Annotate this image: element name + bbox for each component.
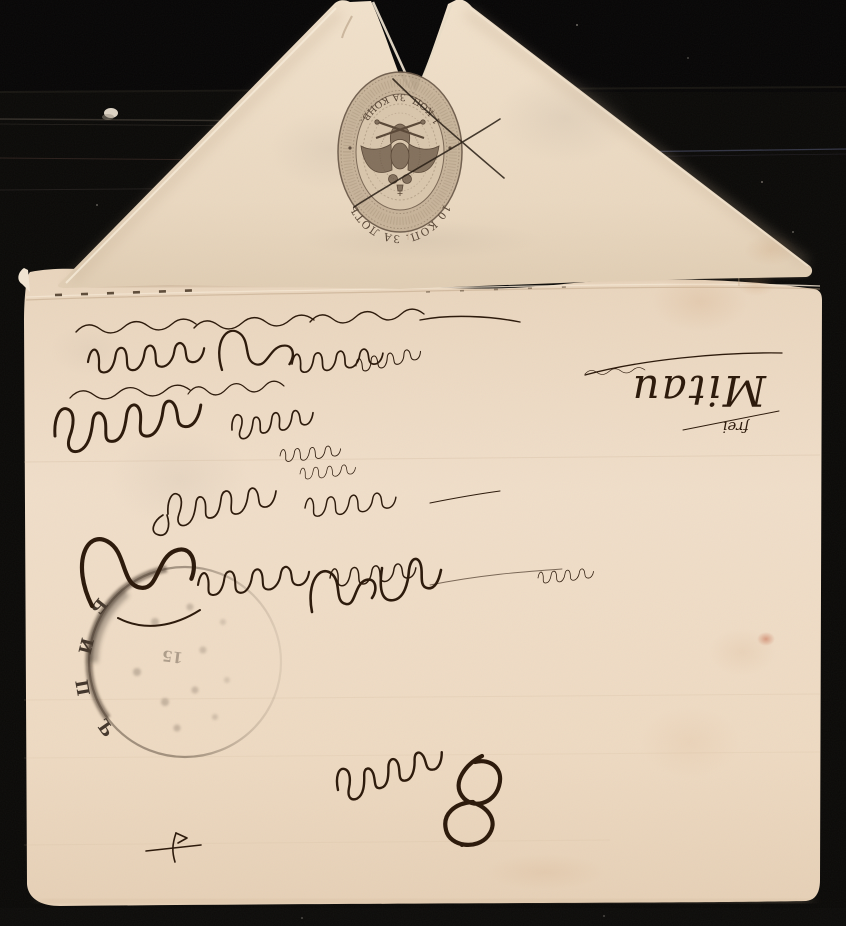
photo-grain <box>0 0 846 926</box>
photo-of-envelope: 10 КОП. ЗА ЛОТЪ 1 КОП. ЗА КОНВ. <box>0 0 846 926</box>
